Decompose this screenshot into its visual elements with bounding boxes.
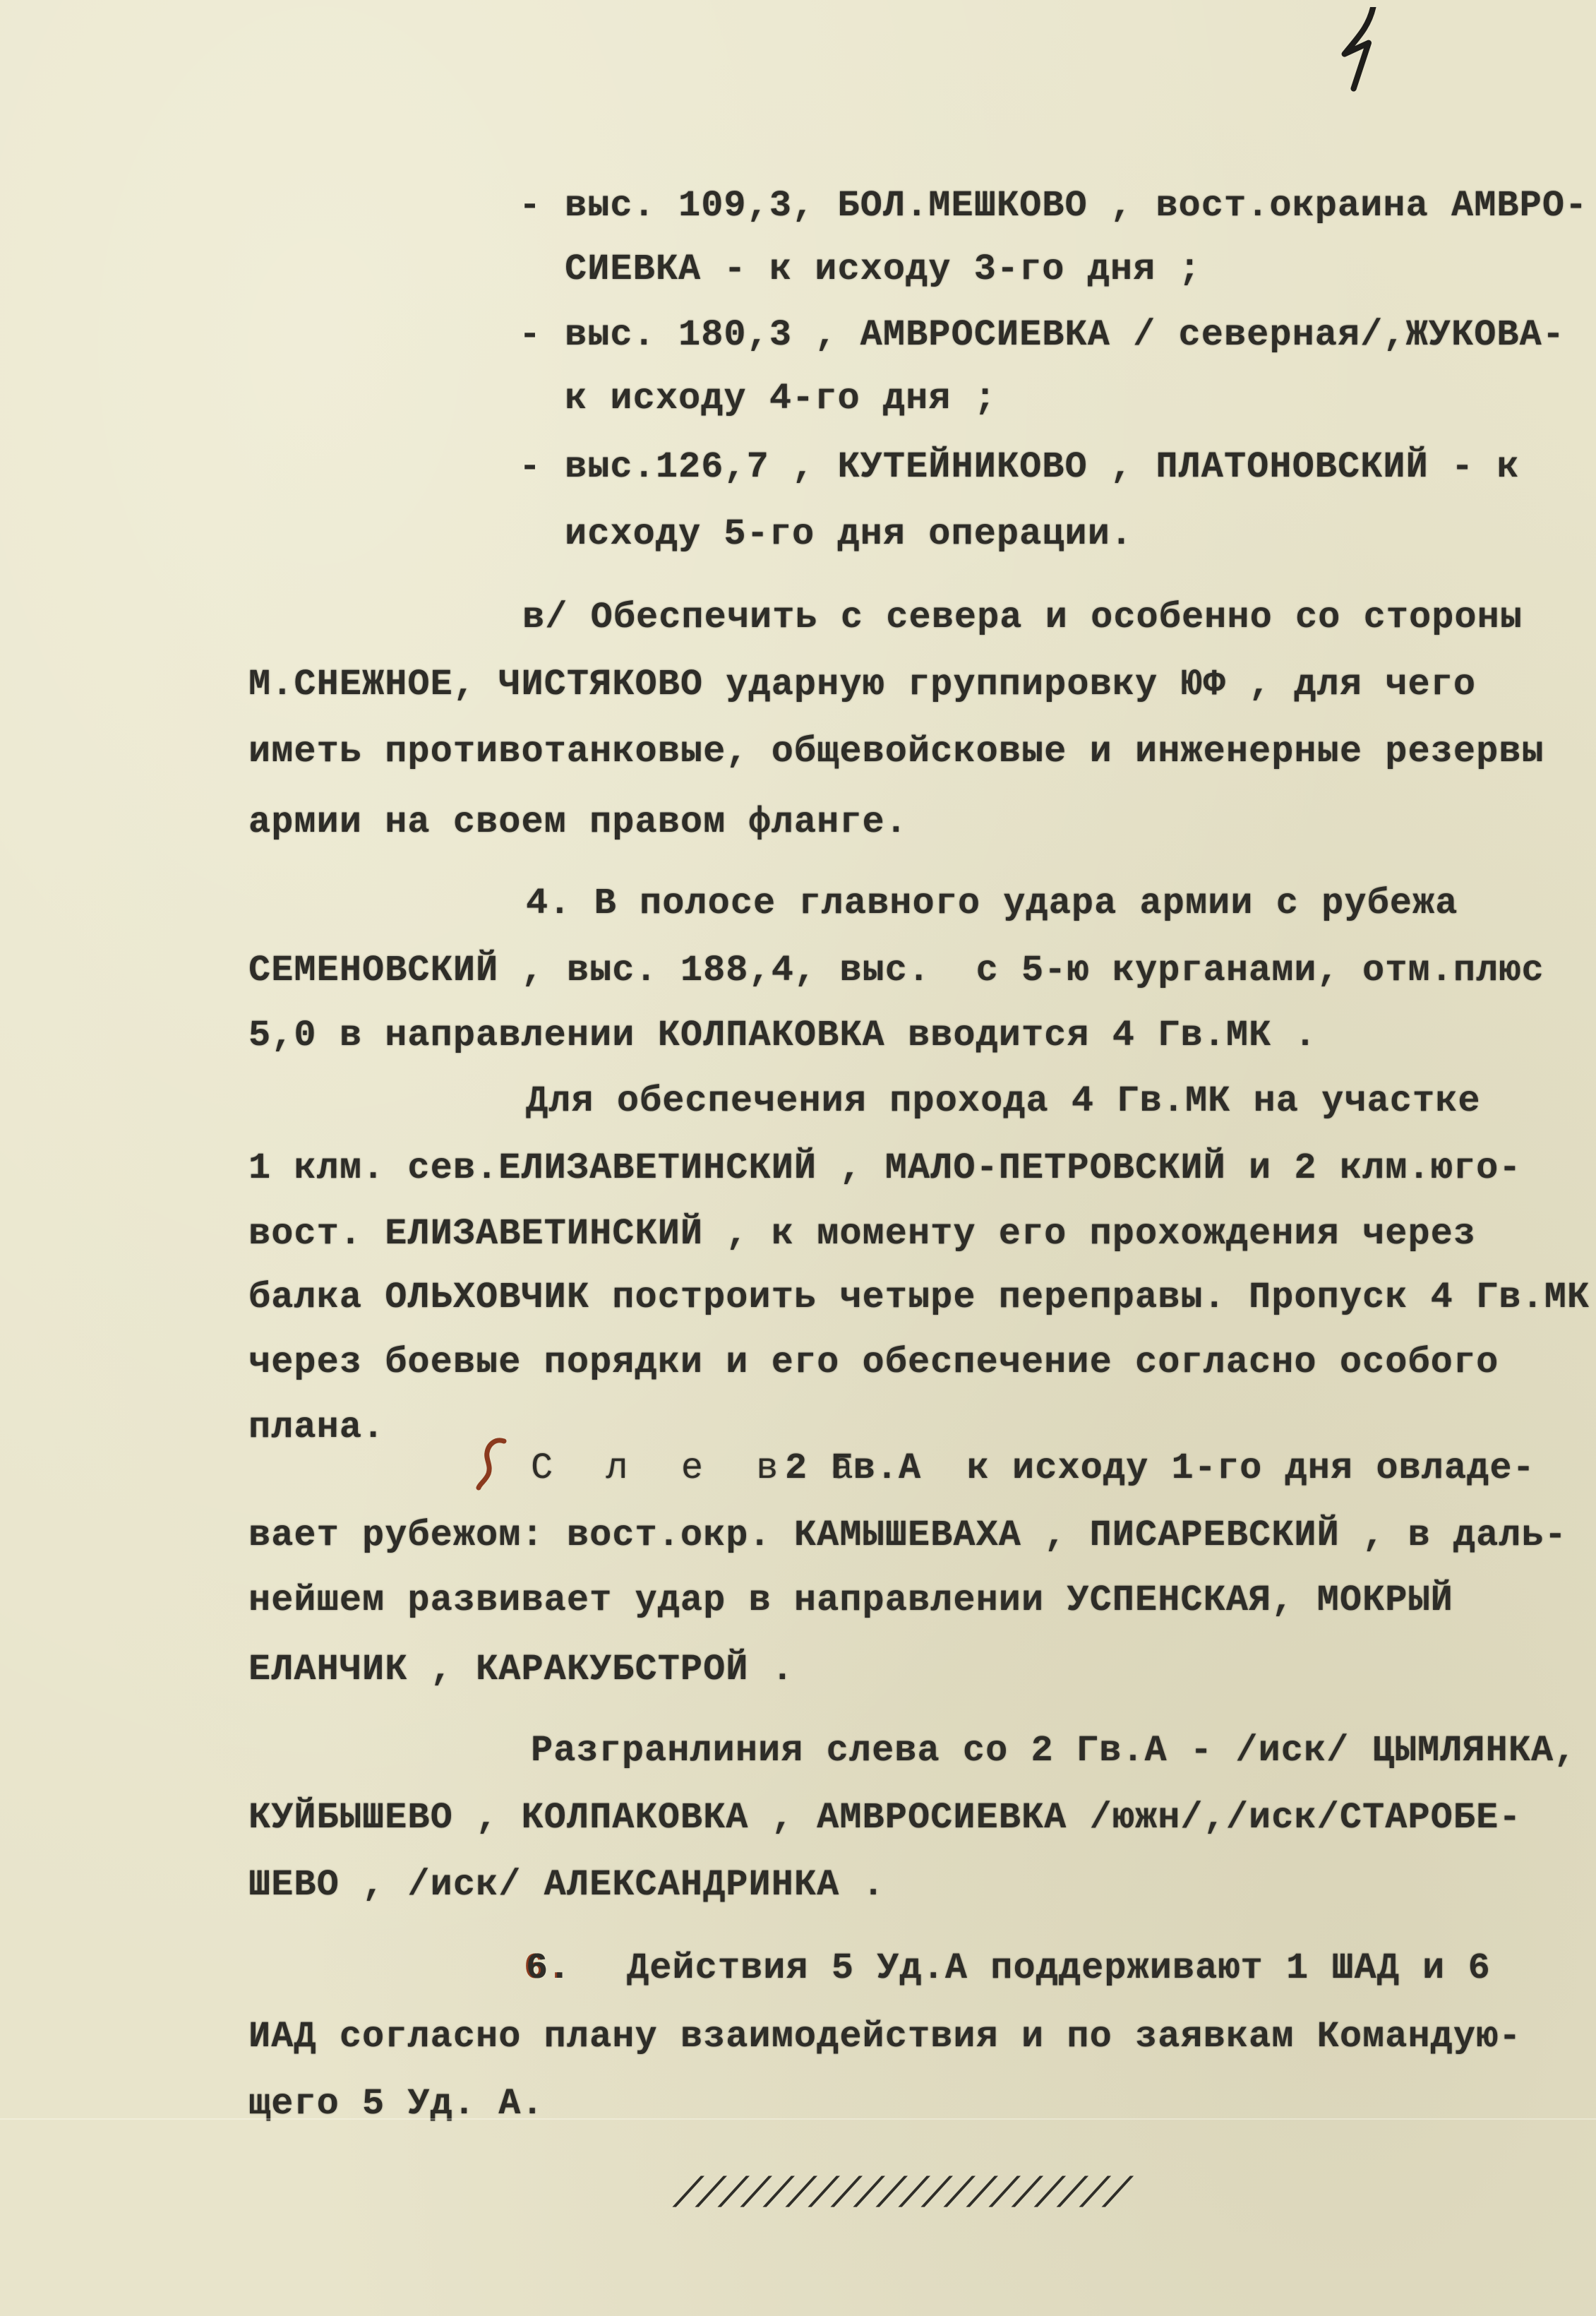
paragraph-line: 5,0 в направлении КОЛПАКОВКА вводится 4 … — [248, 1015, 1317, 1057]
handwritten-page-number — [1338, 7, 1380, 92]
list-line: исходу 5-го дня операции. — [565, 513, 1133, 556]
document-page: - выс. 109,3, БОЛ.МЕШКОВО , вост.окраина… — [0, 0, 1596, 2316]
paragraph-line: 4. В полосе главного удара армии с рубеж… — [526, 883, 1458, 925]
paragraph-line: иметь противотанковые, общевойсковые и и… — [248, 731, 1544, 773]
paragraph-line: через боевые порядки и его обеспечение с… — [248, 1342, 1499, 1384]
paragraph-line: вает рубежом: вост.окр. КАМЫШЕВАХА , ПИС… — [248, 1515, 1567, 1557]
bullet-dash: - — [519, 314, 541, 357]
paragraph-line: ЕЛАНЧИК , КАРАКУБСТРОЙ . — [248, 1649, 794, 1691]
paragraph-line: армии на своем правом фланге. — [248, 801, 908, 844]
paragraph-line: балка ОЛЬХОВЧИК построить четыре перепра… — [248, 1277, 1590, 1319]
paragraph-line: Разгранлиния слева со 2 Гв.А - /иск/ ЦЫМ… — [531, 1730, 1576, 1772]
list-line: выс. 180,3 , АМВРОСИЕВКА / северная/,ЖУК… — [565, 314, 1565, 357]
list-line: выс. 109,3, БОЛ.МЕШКОВО , вост.окраина А… — [565, 185, 1588, 227]
paragraph-line: плана. — [248, 1407, 385, 1449]
handwritten-number-5 — [474, 1437, 510, 1493]
list-line: к исходу 4-го дня ; — [565, 378, 997, 420]
bullet-dash: - — [519, 446, 541, 489]
list-line: выс.126,7 , КУТЕЙНИКОВО , ПЛАТОНОВСКИЙ -… — [565, 446, 1520, 489]
paragraph-line: М.СНЕЖНОЕ, ЧИСТЯКОВО ударную группировку… — [248, 664, 1476, 706]
paragraph-line: Для обеспечения прохода 4 Гв.МК на участ… — [526, 1080, 1481, 1123]
paragraph-line: ШЕВО , /иск/ АЛЕКСАНДРИНКА . — [248, 1864, 885, 1906]
paragraph-line: СЕМЕНОВСКИЙ , выс. 188,4, выс. с 5-ю кур… — [248, 950, 1544, 992]
paragraph-line: нейшем развивает удар в направлении УСПЕ… — [248, 1580, 1453, 1622]
list-line: СИЕВКА - к исходу 3-го дня ; — [565, 249, 1201, 291]
paragraph-line: в/ Обеспечить с севера и особенно со сто… — [522, 597, 1523, 639]
paragraph-line: вост. ЕЛИЗАВЕТИНСКИЙ , к моменту его про… — [248, 1213, 1476, 1255]
paragraph-line: ИАД согласно плану взаимодействия и по з… — [248, 2016, 1521, 2058]
paragraph-number: 6. — [526, 1947, 571, 1990]
paper-fold-line — [0, 2118, 1596, 2120]
paragraph-line: Действия 5 Уд.А поддерживают 1 ШАД и 6 — [627, 1947, 1491, 1990]
end-separator: //////////////////// — [670, 2171, 1130, 2221]
paragraph-line: 2 Гв.А к исходу 1-го дня овладе- — [785, 1447, 1535, 1490]
bullet-dash: - — [519, 185, 541, 227]
paragraph-line: 1 клм. сев.ЕЛИЗАВЕТИНСКИЙ , МАЛО-ПЕТРОВС… — [248, 1147, 1521, 1190]
paragraph-line: КУЙБЫШЕВО , КОЛПАКОВКА , АМВРОСИЕВКА /юж… — [248, 1797, 1521, 1839]
